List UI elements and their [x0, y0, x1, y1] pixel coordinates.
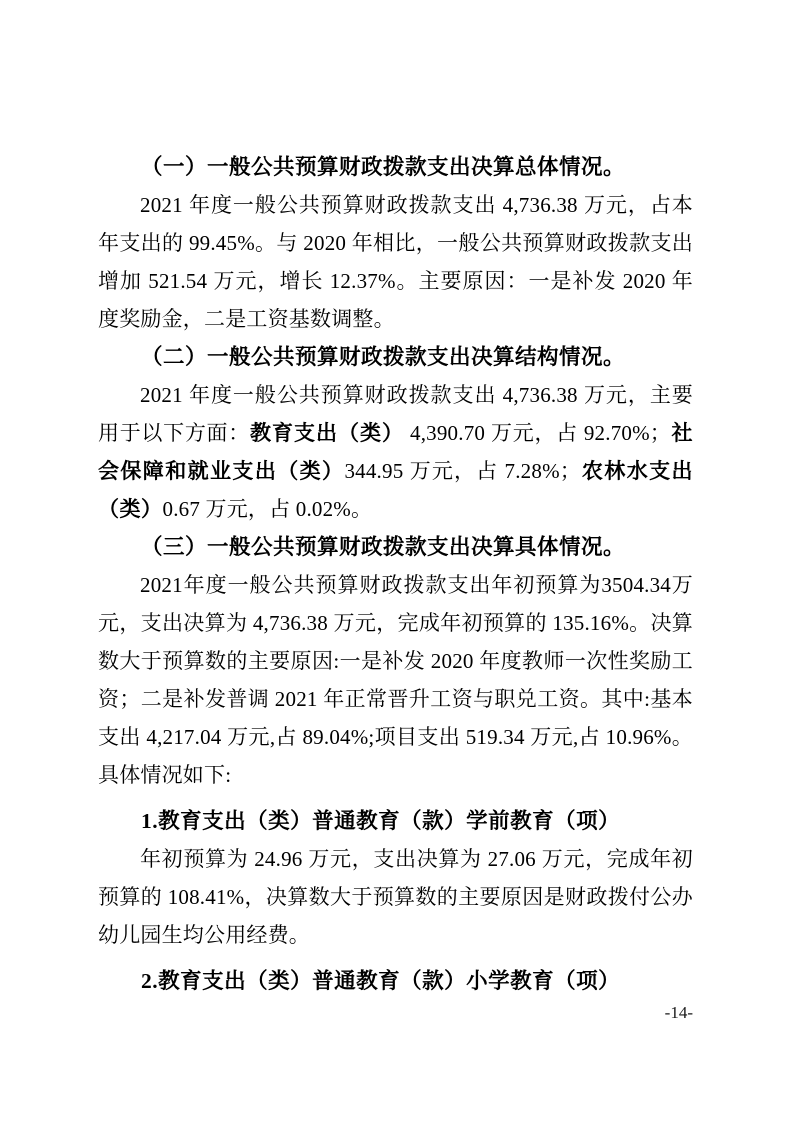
- section-2-segment-1-bold: 教育支出（类）: [250, 421, 404, 445]
- section-3-paragraph: 2021年度一般公共预算财政拨款支出年初预算为3504.34万元，支出决算为 4…: [98, 566, 693, 794]
- section-1-heading: （一）一般公共预算财政拨款支出决算总体情况。: [98, 148, 693, 186]
- item-2-heading: 2.教育支出（类）普通教育（款）小学教育（项）: [98, 962, 693, 1000]
- page-number: -14-: [98, 1002, 693, 1024]
- section-2-paragraph: 2021 年度一般公共预算财政拨款支出 4,736.38 万元，主要用于以下方面…: [98, 376, 693, 528]
- document-content: （一）一般公共预算财政拨款支出决算总体情况。 2021 年度一般公共预算财政拨款…: [98, 148, 693, 1000]
- document-page: （一）一般公共预算财政拨款支出决算总体情况。 2021 年度一般公共预算财政拨款…: [0, 0, 793, 1122]
- section-2-segment-4: 344.95 万元，占 7.28%；: [344, 459, 581, 483]
- section-2-segment-6: 0.67 万元，占 0.02%。: [163, 497, 373, 521]
- section-2-segment-2: 4,390.70 万元，占 92.70%；: [404, 421, 671, 445]
- item-1-heading: 1.教育支出（类）普通教育（款）学前教育（项）: [98, 802, 693, 840]
- item-1-paragraph: 年初预算为 24.96 万元，支出决算为 27.06 万元，完成年初预算的 10…: [98, 840, 693, 954]
- section-2-heading: （二）一般公共预算财政拨款支出决算结构情况。: [98, 338, 693, 376]
- section-3-heading: （三）一般公共预算财政拨款支出决算具体情况。: [98, 528, 693, 566]
- section-1-paragraph: 2021 年度一般公共预算财政拨款支出 4,736.38 万元，占本年支出的 9…: [98, 186, 693, 338]
